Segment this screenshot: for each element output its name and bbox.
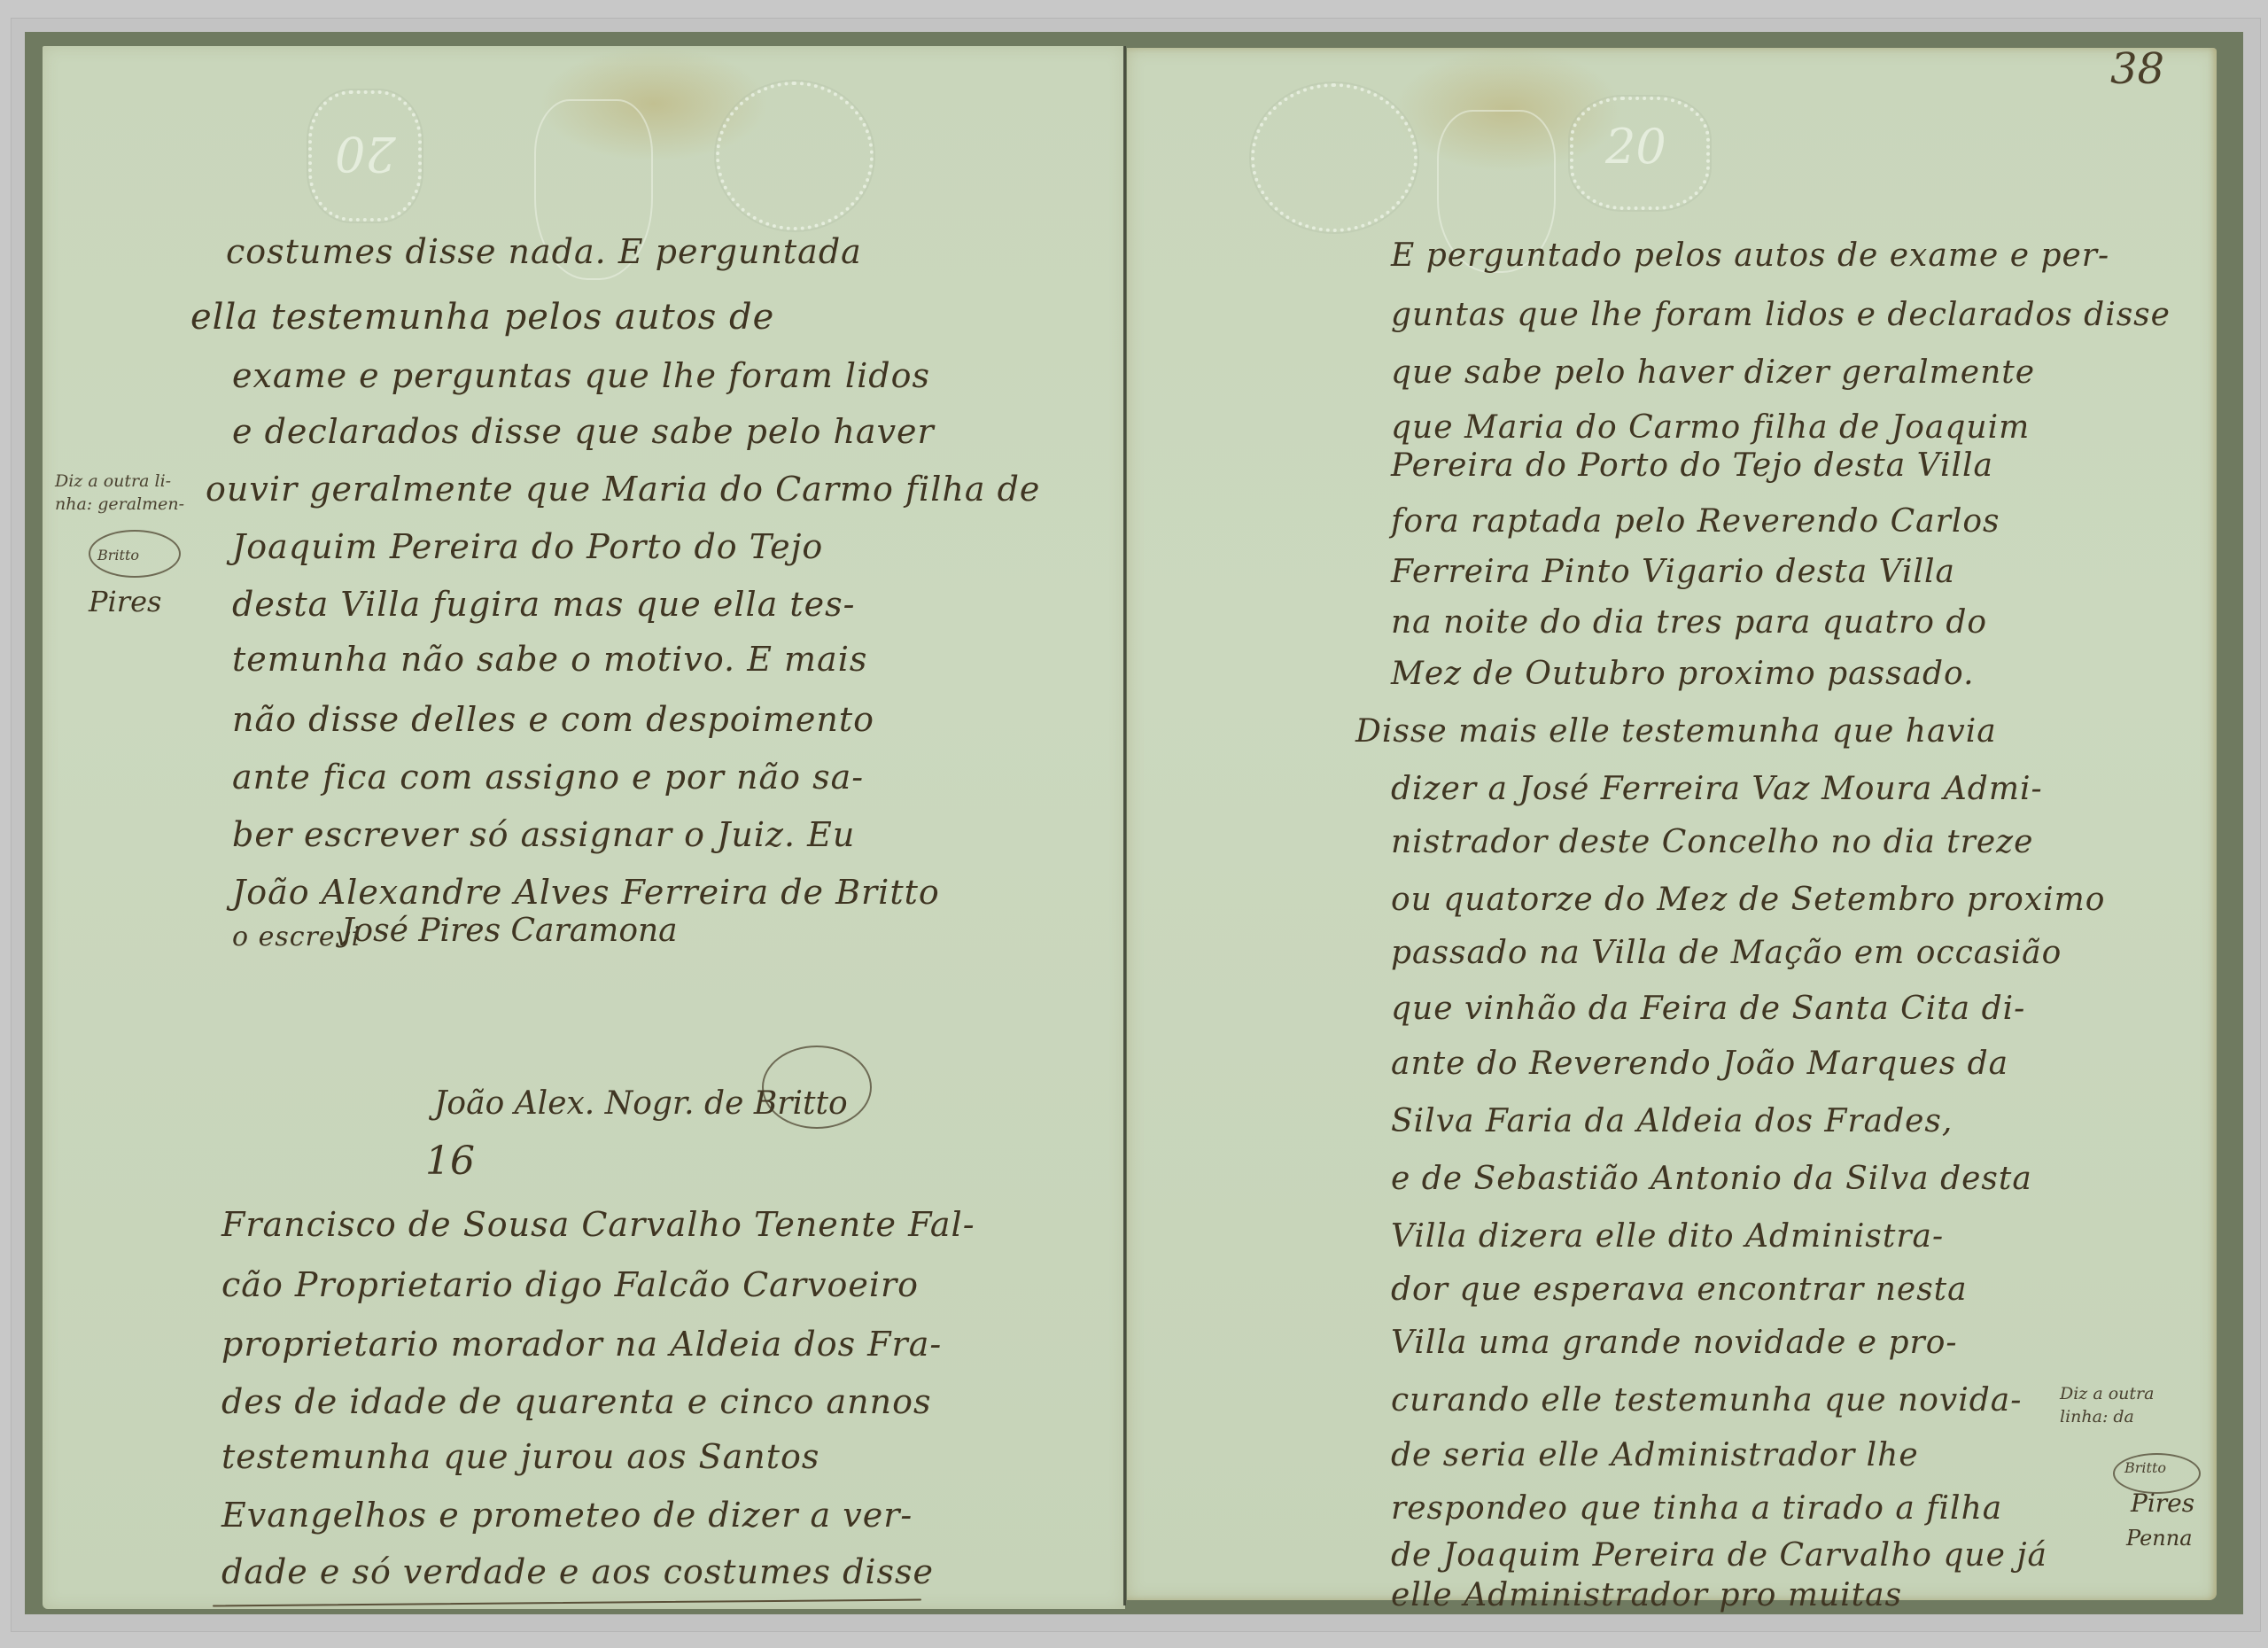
text-line: ouvir geralmente que Maria do Carmo filh…	[206, 470, 1040, 509]
text-line: e declarados disse que sabe pelo haver	[232, 412, 935, 451]
text-line: temunha não sabe o motivo. E mais	[232, 640, 867, 679]
margin-rubric-text: Britto	[2124, 1457, 2166, 1480]
text-line: passado na Villa de Mação em occasião	[1391, 935, 2062, 971]
text-line: não disse delles e com despoimento	[232, 700, 874, 739]
folio-number: 38	[2110, 44, 2164, 94]
text-line: curando elle testemunha que novida-	[1391, 1382, 2022, 1419]
text-line: que Maria do Carmo filha de Joaquim	[1391, 409, 2030, 446]
text-line: Evangelhos e prometeo de dizer a ver-	[221, 1496, 913, 1535]
text-line: guntas que lhe foram lidos e declarados …	[1391, 297, 2171, 333]
text-line: e de Sebastião Antonio da Silva desta	[1391, 1161, 2032, 1197]
margin-note-line: Diz a outra	[2060, 1382, 2154, 1405]
margin-note-line: linha: da	[2060, 1405, 2154, 1428]
text-line: costumes disse nada. E perguntada	[226, 232, 862, 271]
stamp-value: 20	[335, 126, 396, 182]
text-line: de Joaquim Pereira de Carvalho que já	[1391, 1537, 2047, 1574]
text-line: Ferreira Pinto Vigario desta Villa	[1391, 554, 1955, 590]
text-line: ante do Reverendo João Marques da	[1391, 1046, 2008, 1082]
text-line: Mez de Outubro proximo passado.	[1391, 656, 1975, 692]
text-line: Pereira do Porto do Tejo desta Villa	[1391, 447, 1993, 484]
text-line: E perguntado pelos autos de exame e per-	[1391, 237, 2109, 274]
text-line: Villa dizera elle dito Administra-	[1391, 1218, 1944, 1255]
stamp-seal-emboss	[1251, 83, 1417, 232]
text-line: na noite do dia tres para quatro do	[1391, 604, 1987, 641]
text-line: ella testemunha pelos autos de	[190, 297, 774, 338]
text-line: que vinhão da Feira de Santa Cita di-	[1391, 991, 2025, 1027]
text-line: nistrador deste Concelho no dia treze	[1391, 824, 2033, 860]
witness-signature: José Pires Caramona	[341, 913, 678, 949]
margin-rubric-oval	[89, 530, 181, 578]
text-line: respondeo que tinha a tirado a filha	[1391, 1490, 2002, 1527]
text-line: que sabe pelo haver dizer geralmente	[1391, 354, 2035, 391]
text-line: Villa uma grande novidade e pro-	[1391, 1325, 1958, 1361]
text-line: Silva Faria da Aldeia dos Frades,	[1391, 1103, 1953, 1139]
margin-signature: Pires	[2131, 1489, 2194, 1518]
clerk-rubric-flourish	[762, 1046, 872, 1129]
entry-number: 16	[425, 1139, 475, 1184]
stamp-value: 20	[1605, 119, 1666, 175]
text-line: elle Administrador pro muitas	[1391, 1577, 1902, 1613]
text-line: Francisco de Sousa Carvalho Tenente Fal-	[221, 1205, 975, 1244]
text-line: ou quatorze do Mez de Setembro proximo	[1391, 882, 2105, 918]
text-line: testemunha que jurou aos Santos	[221, 1437, 819, 1476]
text-line: dor que esperava encontrar nesta	[1391, 1271, 1968, 1308]
text-line: cão Proprietario digo Falcão Carvoeiro	[221, 1265, 919, 1304]
page-gutter	[1123, 46, 1126, 1605]
stamp-seal-emboss	[716, 82, 874, 230]
text-line: Disse mais elle testemunha que havia	[1355, 713, 1997, 750]
margin-note: Diz a outra li- nha: geralmen-	[55, 470, 184, 516]
text-line: ber escrever só assignar o Juiz. Eu	[232, 815, 855, 854]
text-line: João Alexandre Alves Ferreira de Britto	[232, 873, 940, 912]
text-line: fora raptada pelo Reverendo Carlos	[1391, 503, 2000, 540]
text-line: des de idade de quarenta e cinco annos	[221, 1382, 932, 1421]
text-line: Joaquim Pereira do Porto do Tejo	[232, 527, 823, 566]
text-line: dizer a José Ferreira Vaz Moura Admi-	[1391, 771, 2043, 807]
margin-signature-2: Penna	[2126, 1526, 2193, 1551]
text-line: ante fica com assigno e por não sa-	[232, 758, 864, 797]
margin-note: Diz a outra linha: da	[2060, 1382, 2154, 1428]
text-line: de seria elle Administrador lhe	[1391, 1437, 1919, 1473]
text-line: exame e perguntas que lhe foram lidos	[232, 356, 930, 395]
text-line: proprietario morador na Aldeia dos Fra-	[221, 1325, 942, 1364]
margin-note-line: nha: geralmen-	[55, 493, 184, 516]
margin-note-line: Diz a outra li-	[55, 470, 184, 493]
margin-signature: Pires	[89, 585, 161, 618]
text-line: dade e só verdade e aos costumes disse	[221, 1552, 934, 1591]
text-line: desta Villa fugira mas que ella tes-	[232, 585, 855, 624]
